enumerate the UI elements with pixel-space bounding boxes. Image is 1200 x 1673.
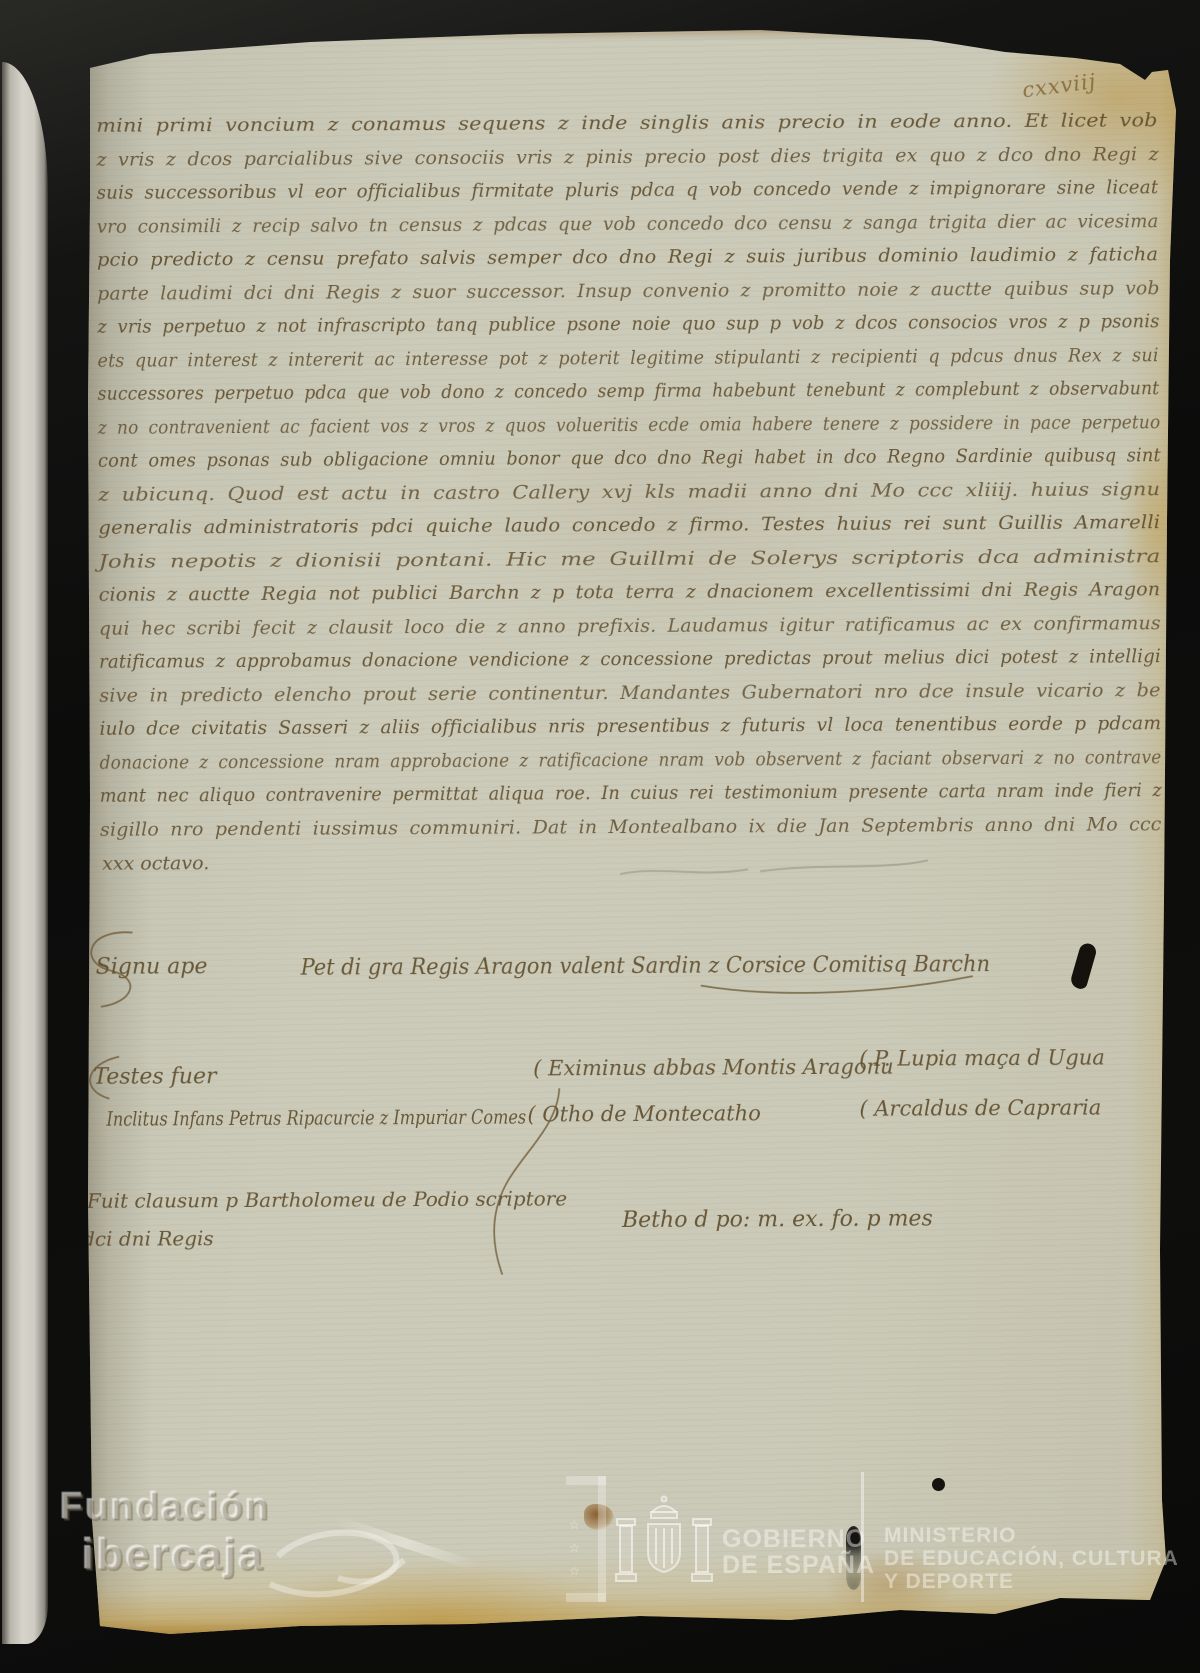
- manuscript-page: cxxviij mini primi voncium z conamus seq…: [60, 26, 1180, 1644]
- manuscript-line: ets quar interest z intererit ac interes…: [97, 344, 1159, 383]
- testes-label: Testes fuer: [93, 1064, 216, 1090]
- manuscript-line: Johis nepotis z dionisii pontani. Hic me…: [99, 545, 1161, 584]
- manuscript-line: ratificamus z approbamus donacione vendi…: [99, 645, 1161, 684]
- manuscript-line: cionis z auctte Regia not publici Barchn…: [99, 578, 1161, 617]
- manuscript-line: cont omes psonas sub obligacione omniu b…: [98, 444, 1160, 483]
- manuscript-line: z vris z dcos parcialibus sive consociis…: [96, 143, 1158, 182]
- folio-number: cxxviij: [1021, 69, 1098, 102]
- closing-clause-line: Fuit clausum p Bartholomeu de Podio scri…: [87, 1186, 567, 1213]
- manuscript-line: z ubicunq. Quod est actu in castro Calle…: [98, 478, 1160, 517]
- witness-line: ( Otho de Montecatho: [527, 1101, 760, 1126]
- ink-dot: [932, 1478, 945, 1491]
- witness-line: ( P. Lupia maça d Ugua: [859, 1045, 1105, 1070]
- signum-label: Signu ape: [96, 954, 208, 980]
- manuscript-line: successores perpetuo pdca que vob dono z…: [98, 377, 1160, 416]
- manuscript-line: generalis administratoris pdci quiche la…: [98, 511, 1160, 550]
- manuscript-line: vro consimili z recip salvo tn census z …: [97, 210, 1159, 249]
- manuscript-line: parte laudimi dci dni Regis z suor succe…: [97, 277, 1159, 316]
- manuscript-line: z vris perpetuo z not infrascripto tanq …: [97, 310, 1159, 349]
- star-icon: ☆: [569, 1564, 580, 1578]
- closing-clause-line: dci dni Regis: [82, 1226, 214, 1251]
- star-icon: ☆: [569, 1541, 580, 1555]
- gov-watermark-divider: [861, 1472, 864, 1602]
- manuscript-line: pcio predicto z censu prefato salvis sem…: [97, 243, 1159, 282]
- ink-drip-stain: [846, 1526, 861, 1590]
- star-icon: ☆: [569, 1518, 580, 1532]
- registration-note: Betho d po: m. ex. fo. p mes: [622, 1206, 933, 1233]
- gov-frame-bracket: [598, 1476, 606, 1602]
- handwriting-layer: cxxviij mini primi voncium z conamus seq…: [56, 23, 1184, 1647]
- pencil-annotation: [620, 860, 928, 874]
- archival-photograph: cxxviij mini primi voncium z conamus seq…: [0, 0, 1200, 1673]
- manuscript-line: mini primi voncium z conamus sequens z i…: [96, 109, 1158, 148]
- manuscript-line: donacione z concessione nram approbacion…: [100, 746, 1162, 785]
- manuscript-line: qui hec scribi fecit z clausit loco die …: [99, 612, 1161, 651]
- manuscript-last-line: xxx octavo.: [102, 852, 209, 875]
- witness-line: ( Eximinus abbas Montis Aragonu: [533, 1055, 894, 1081]
- manuscript-line: suis successoribus vl eor officialibus f…: [97, 176, 1159, 215]
- previous-folio-edge: [2, 62, 48, 1644]
- manuscript-line: z no contravenient ac facient vos z vros…: [98, 411, 1160, 450]
- royal-signature-line: Pet di gra Regis Aragon valent Sardin z …: [301, 952, 990, 981]
- manuscript-line: sigillo nro pendenti iussimus communiri.…: [100, 813, 1162, 852]
- spain-coat-of-arms-icon: [612, 1494, 716, 1604]
- manuscript-line: iulo dce civitatis Sasseri z aliis offic…: [99, 712, 1161, 751]
- ibercaja-swoosh-icon: [268, 1524, 408, 1608]
- manuscript-line: mant nec aliquo contravenire permittat a…: [100, 779, 1162, 818]
- manuscript-line: sive in predicto elencho prout serie con…: [99, 679, 1161, 718]
- manuscript-text-block: mini primi voncium z conamus sequens z i…: [96, 109, 1162, 852]
- witness-line: Inclitus Infans Petrus Ripacurcie z Impu…: [106, 1104, 526, 1130]
- witness-line: ( Arcaldus de Capraria: [859, 1095, 1101, 1120]
- gov-frame-bracket: [566, 1593, 606, 1602]
